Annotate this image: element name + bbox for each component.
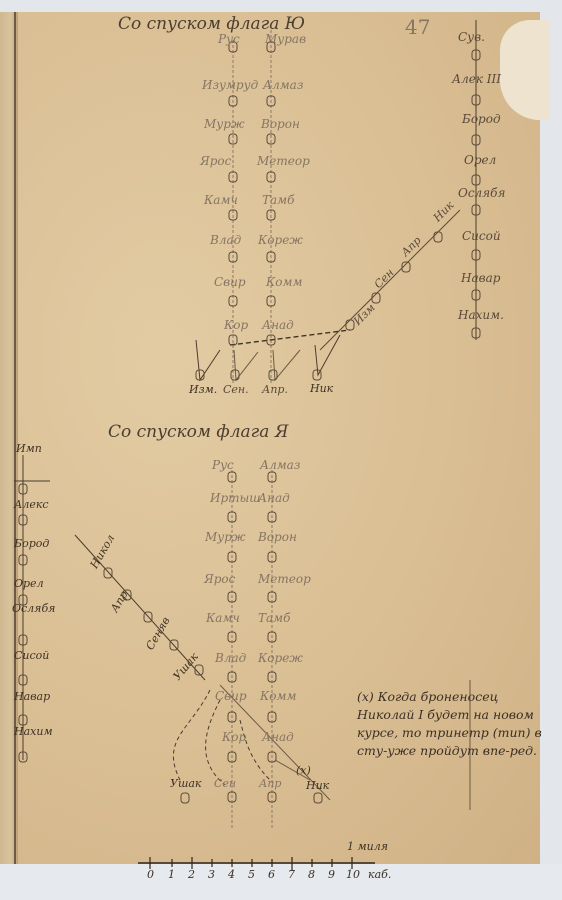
ship-label: Алмаз (263, 78, 303, 92)
ship-label: Апр (259, 777, 281, 790)
ship-label: Имп (16, 442, 42, 455)
ship-label: Кореж (258, 233, 303, 247)
ship-label: Комм (260, 689, 296, 703)
ship-label: Сисой (14, 649, 49, 662)
ship-label: Кореж (258, 651, 303, 665)
ship-label: Нахим (14, 725, 53, 738)
scale-tick: 0 (147, 868, 154, 881)
ship-label: Ушак (170, 777, 202, 790)
scale-tick: 5 (248, 868, 255, 881)
footnote-text: (x) Когда броненосец Николай I будет на … (357, 688, 547, 760)
scale-tick: 1 (168, 868, 175, 881)
scale-tick: 6 (268, 868, 275, 881)
ship-label: Метеор (257, 154, 310, 168)
ship-label: Сисой (462, 229, 501, 243)
ship-label: Рус (212, 458, 234, 472)
ship-label: Апр. (262, 383, 288, 396)
ship-label: Ворон (261, 117, 300, 131)
scale-tick: 7 (288, 868, 295, 881)
ship-label: Алмаз (260, 458, 300, 472)
scale-label: 1 миля (347, 840, 388, 853)
ship-label: Ник (306, 779, 329, 792)
page-number: 47 (405, 15, 430, 39)
ship-label: Нахим. (458, 308, 504, 322)
ship-label: Алек III (452, 72, 501, 86)
ship-label: Бород (14, 537, 49, 550)
ship-label: Анад (258, 491, 290, 505)
ship-label: Навар (14, 690, 50, 703)
ship-label: Свир (215, 689, 247, 703)
scale-tick: 2 (188, 868, 195, 881)
x-marker: (x) (296, 764, 311, 777)
ship-label: Орел (14, 577, 44, 590)
ship-label: Свир (214, 275, 246, 289)
ship-label: Камч (206, 611, 240, 625)
scale-tick: 9 (328, 868, 335, 881)
ship-label: Алекс (14, 498, 49, 511)
ship-label: Ник (310, 382, 333, 395)
ship-label: Кор (222, 730, 246, 744)
ship-label: Иртыш (210, 491, 261, 505)
ship-label: Кор (224, 318, 248, 332)
ship-label: Ярос (204, 572, 235, 586)
scale-tick: 3 (208, 868, 215, 881)
scale-unit: каб. (368, 868, 391, 881)
scale-tick: 8 (308, 868, 315, 881)
ship-label: Сув. (458, 30, 485, 44)
top-diagram-title: Со спуском флага Ю (118, 14, 305, 34)
ship-label: Изумруд (202, 78, 258, 92)
ship-label: Рус (218, 32, 240, 46)
ship-label: Мурав (265, 32, 306, 46)
ship-label: Влад (215, 651, 246, 665)
ship-label: Бород (462, 112, 501, 126)
ship-label: Влад (210, 233, 241, 247)
ship-label: Анад (262, 730, 294, 744)
ship-label: Тамб (262, 193, 294, 207)
ship-label: Ослябя (12, 602, 55, 615)
bottom-diagram-title: Со спуском флага Я (108, 422, 289, 442)
ship-label: Ослябя (458, 186, 505, 200)
ship-label: Изм. (189, 383, 217, 396)
scale-tick: 10 (346, 868, 360, 881)
ship-label: Мурж (205, 530, 246, 544)
ship-label: Анад (262, 318, 294, 332)
ship-label: Камч (204, 193, 238, 207)
scale-tick: 4 (228, 868, 235, 881)
ship-label: Сен (214, 777, 236, 790)
ship-label: Навар (461, 271, 500, 285)
ship-label: Комм (266, 275, 302, 289)
ship-label: Орел (464, 153, 496, 167)
ship-label: Ярос (200, 154, 231, 168)
ship-label: Метеор (258, 572, 311, 586)
ship-label: Ворон (258, 530, 297, 544)
ship-label: Сен. (223, 383, 249, 396)
ship-label: Тамб (258, 611, 290, 625)
diagram-lines (0, 0, 562, 900)
ship-label: Мурж (204, 117, 245, 131)
